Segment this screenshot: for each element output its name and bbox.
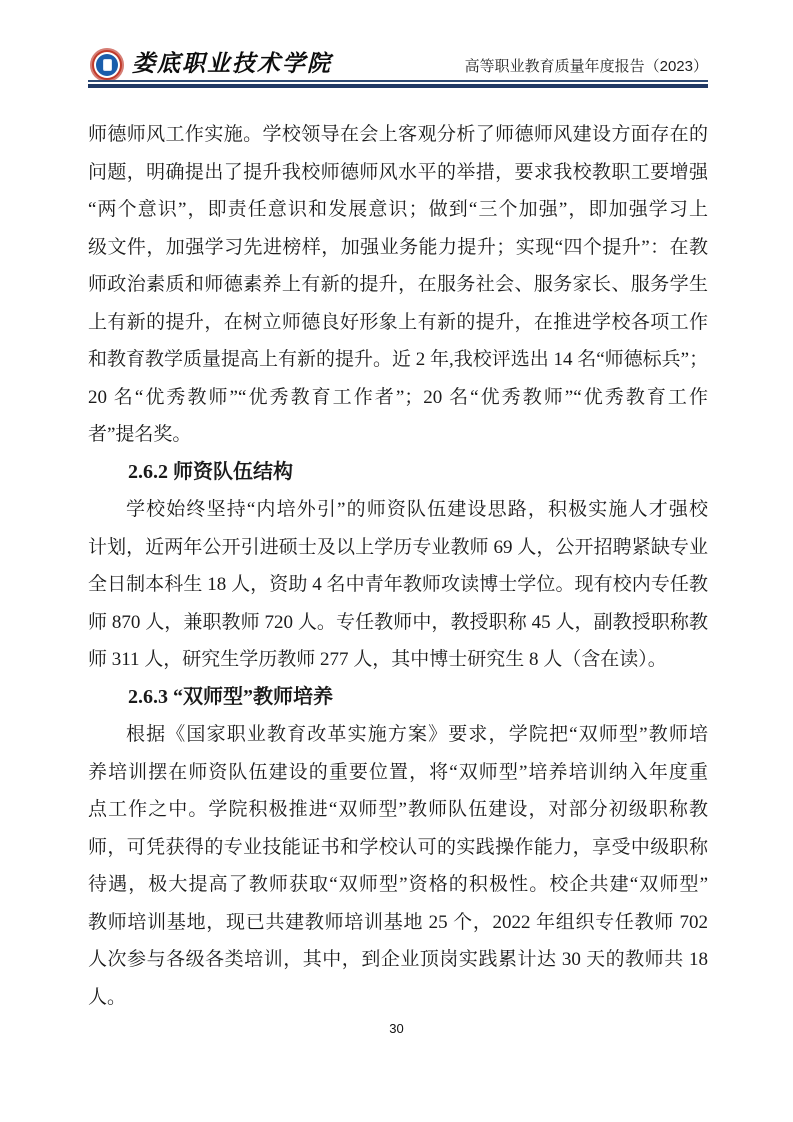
text-line: 养培训摆在师资队伍建设的重要位置，将“双师型”培养培训纳入年度重 [88, 754, 708, 792]
text-line: 者”提名奖。 [88, 416, 708, 454]
school-logo-core [103, 59, 112, 71]
section-heading-263: 2.6.3 “双师型”教师培养 [88, 679, 708, 717]
page-number: 30 [0, 1021, 793, 1036]
text-line: 点工作之中。学院积极推进“双师型”教师队伍建设，对部分初级职称教 [88, 791, 708, 829]
text-line: 师政治素质和师德素养上有新的提升，在服务社会、服务家长、服务学生 [88, 266, 708, 304]
text-line: “两个意识”，即责任意识和发展意识；做到“三个加强”，即加强学习上 [88, 191, 708, 229]
text-line: 上有新的提升，在树立师德良好形象上有新的提升，在推进学校各项工作 [88, 304, 708, 342]
text-line: 师 311 人，研究生学历教师 277 人，其中博士研究生 8 人（含在读）。 [88, 641, 708, 679]
text-line: 师德师风工作实施。学校领导在会上客观分析了师德师风建设方面存在的 [88, 116, 708, 154]
school-logo-icon [90, 48, 124, 82]
text-line: 待遇，极大提高了教师获取“双师型”资格的积极性。校企共建“双师型” [88, 866, 708, 904]
school-logo-disc [96, 54, 118, 76]
header-rule-thick [88, 84, 708, 88]
document-page: 娄底职业技术学院 高等职业教育质量年度报告（2023） 师德师风工作实施。学校领… [0, 0, 793, 1122]
page-content: 师德师风工作实施。学校领导在会上客观分析了师德师风建设方面存在的 问题，明确提出… [88, 116, 708, 1016]
text-line: 级文件，加强学习先进榜样，加强业务能力提升；实现“四个提升”：在教 [88, 229, 708, 267]
text-line: 师，可凭获得的专业技能证书和学校认可的实践操作能力，享受中级职称 [88, 829, 708, 867]
institution-name: 娄底职业技术学院 [132, 45, 332, 78]
text-line: 和教育教学质量提高上有新的提升。近 2 年,我校评选出 14 名“师德标兵”； [88, 341, 708, 379]
text-line: 根据《国家职业教育改革实施方案》要求，学院把“双师型”教师培 [88, 716, 708, 754]
text-line: 问题，明确提出了提升我校师德师风水平的举措，要求我校教职工要增强 [88, 154, 708, 192]
text-line: 人。 [88, 979, 708, 1017]
section-heading-262: 2.6.2 师资队伍结构 [88, 454, 708, 492]
school-logo-ring [94, 52, 120, 78]
page-header: 娄底职业技术学院 高等职业教育质量年度报告（2023） [88, 46, 708, 80]
text-line: 师 870 人，兼职教师 720 人。专任教师中，教授职称 45 人，副教授职称… [88, 604, 708, 642]
text-line: 人次参与各级各类培训，其中，到企业顶岗实践累计达 30 天的教师共 18 [88, 941, 708, 979]
text-line: 全日制本科生 18 人，资助 4 名中青年教师攻读博士学位。现有校内专任教 [88, 566, 708, 604]
text-line: 20 名“优秀教师”“优秀教育工作者”；20 名“优秀教师”“优秀教育工作 [88, 379, 708, 417]
text-line: 教师培训基地，现已共建教师培训基地 25 个，2022 年组织专任教师 702 [88, 904, 708, 942]
text-line: 学校始终坚持“内培外引”的师资队伍建设思路，积极实施人才强校 [88, 491, 708, 529]
text-line: 计划，近两年公开引进硕士及以上学历专业教师 69 人，公开招聘紧缺专业 [88, 529, 708, 567]
report-title: 高等职业教育质量年度报告（2023） [465, 55, 708, 76]
header-rule [88, 80, 708, 88]
